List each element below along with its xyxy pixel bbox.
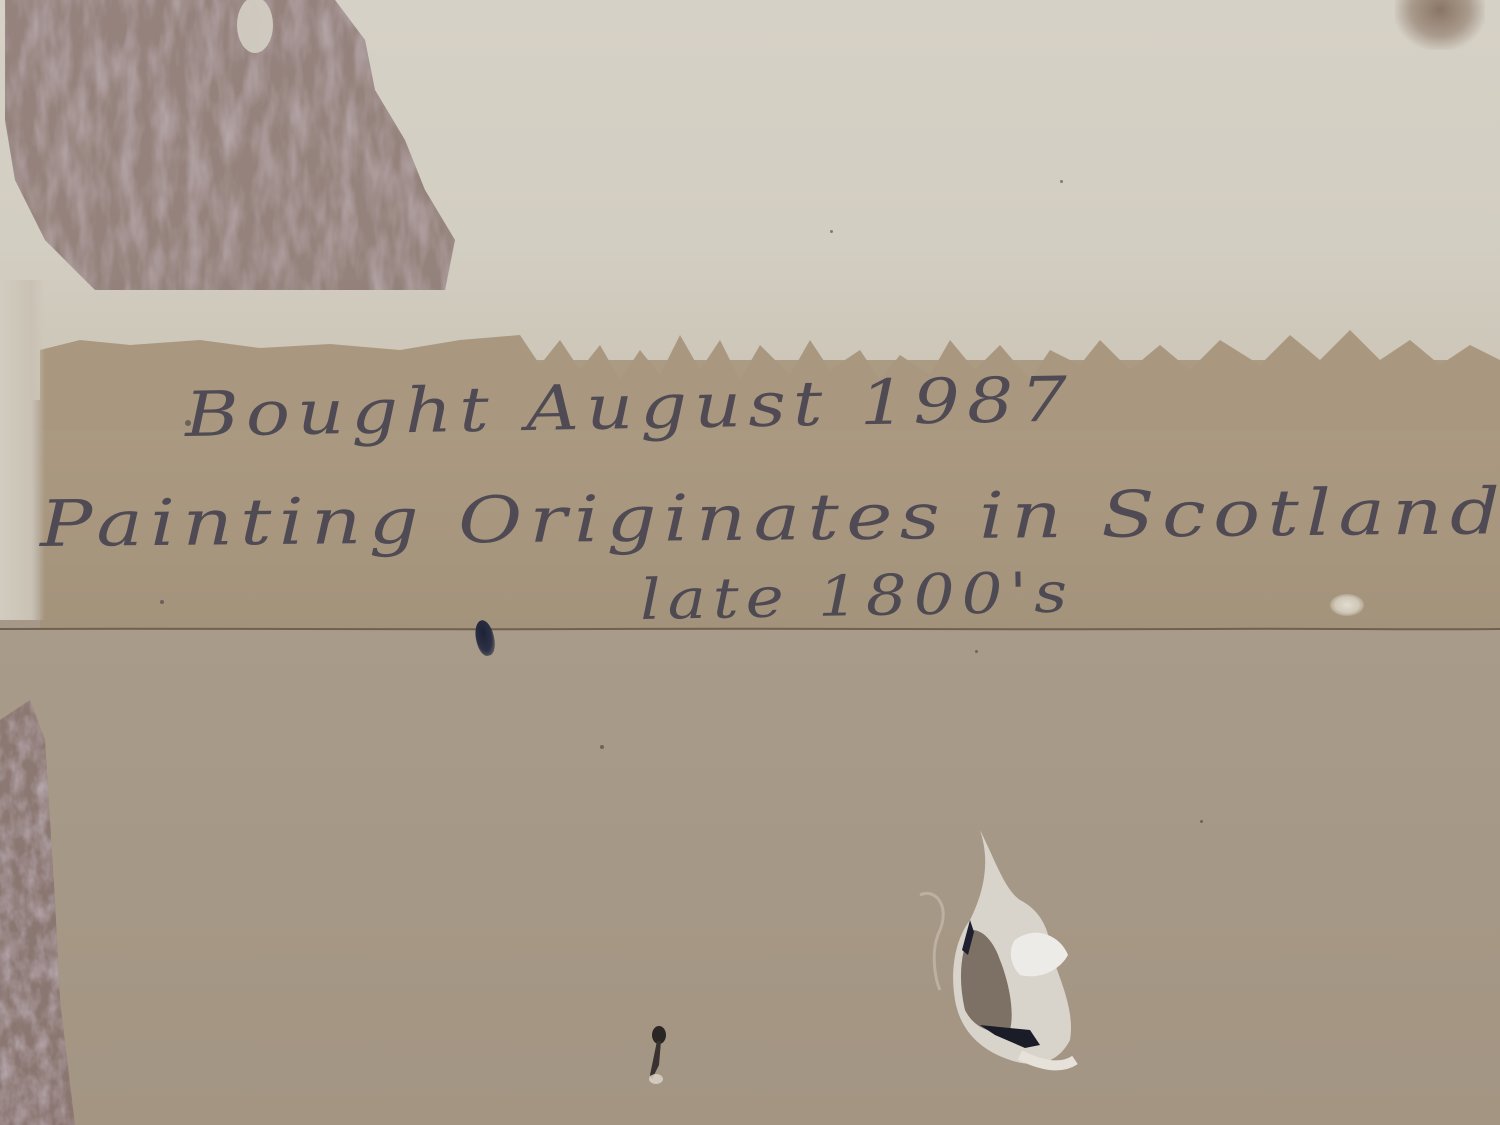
stain-top-left <box>5 0 455 290</box>
speck <box>1060 180 1063 183</box>
ink-dot <box>185 420 191 426</box>
left-light-strip <box>0 280 45 620</box>
torn-hole <box>900 820 1100 1090</box>
handwritten-line-bought: Bought August 1987 <box>184 362 1074 451</box>
lower-cardboard <box>0 630 1500 1125</box>
nail-mark <box>1330 594 1364 616</box>
speck <box>830 230 833 233</box>
speck <box>160 600 164 604</box>
speck <box>600 745 604 749</box>
stain-left-edge <box>0 700 75 1125</box>
bottom-puncture-hole <box>648 1025 668 1085</box>
photo-scene: Bought August 1987 Painting Originates i… <box>0 0 1500 1125</box>
speck <box>975 650 978 653</box>
speck <box>1200 820 1203 823</box>
handwritten-line-date: late 1800's <box>639 560 1074 633</box>
stain-top-right <box>1395 0 1485 50</box>
handwritten-line-origin: Painting Originates in Scotland <box>40 475 1500 562</box>
